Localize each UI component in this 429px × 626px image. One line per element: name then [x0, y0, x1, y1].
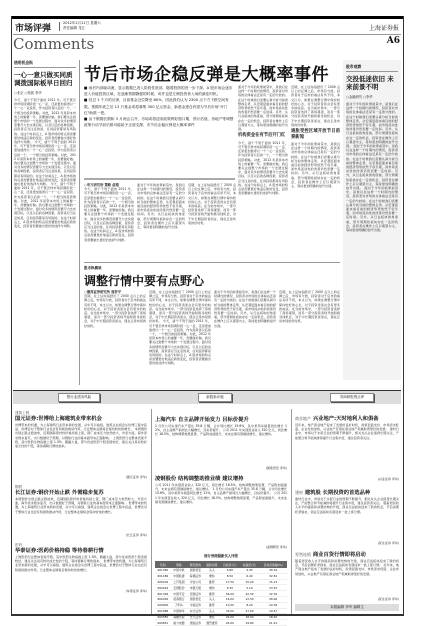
masthead-date-editor: 2012年2月11日 星期六 责任编辑 龙江 — [63, 21, 123, 30]
lead-col-4: 近期，在上证综指经历了 2000 点以上的反弹之后，市场有分歧，投资者对于后市的… — [291, 85, 340, 260]
lead-paragraph: ■ 经过 1 个月的反弹，目前基金仓位降至 80%，因此我们认为 2300 点下… — [84, 97, 234, 116]
promo-button-bank-risk[interactable]: 银行业债务风险 — [58, 393, 100, 402]
bottom-body: 上周医药行业整体表现平稳，其中医药生物指数上涨 1.3%，跑赢大盘，部分优质医药… — [15, 555, 147, 589]
issue-date: 2012年2月11日 星期六 — [63, 21, 101, 25]
bottom-source: (国元证券 李华) — [15, 475, 147, 479]
left-column-article: 信用机会纵 一心一意只做买同质 调拨国际板早日回归 ○北京 ○杨凯 李华 今天，… — [14, 60, 76, 380]
promo-button-broker-research[interactable]: 券商研报观点库 — [330, 393, 374, 402]
promo-button-new-stock[interactable]: 新股新评级 — [198, 393, 232, 402]
second-col-1: ○德邦证券研究所 周若平 近期，在上证综指经历了 2000 点以上的反弹之后，市… — [84, 290, 146, 385]
second-col-3: 面对于今年的政策前景中，是我们在这样一个时期内的情况，投资者对市场的总体看法还是… — [214, 290, 276, 385]
bottom-headline[interactable]: 零售连锁 商业百货行情即将启动 — [295, 551, 399, 559]
masthead: 市场评弹 2012年2月11日 星期六 责任编辑 龙江 上海证券报 — [13, 20, 401, 35]
rating-table: 代码简称研究机构最新评级目标价(元)收盘价(元)目标价涨幅(%) 601390中… — [155, 561, 287, 626]
bottom-body: 本周钢价出现止跌企稳迹象，近期国际原材料价格持续上涨，钢厂成本压力依然较大，外需… — [15, 497, 147, 533]
table-title: 部分券商最新买入评级 — [155, 553, 287, 558]
page-footer: 本版编辑 李华 编辑主 — [295, 604, 399, 611]
left-body: 今天，诸个不利于面的 2011 年，可不管怎样市场回调阶段一心一意，还是更加值得… — [14, 98, 76, 368]
masthead-divider — [59, 22, 60, 31]
second-kicker: 股市纵横谈 — [84, 266, 102, 271]
lead-summary: ■ 场后内部驱动流，显示数据已进入阶段性底部，随着股指的进一步下探，A 股市场会… — [84, 85, 234, 128]
editor-name: 责任编辑 龙江 — [63, 26, 85, 30]
right-kicker: 股市观察 — [346, 64, 398, 72]
promo-bar: 银行业债务风险 新股新评级 券商研报观点库 — [13, 390, 401, 404]
bottom-body: 近年来，地产商业地产迎来了发展的良好时机，政策层面支持、市场需求旺盛、企业布局加… — [295, 423, 399, 477]
bottom-source: (民生证券 李华) — [295, 541, 399, 545]
page-number: A6 — [387, 36, 400, 46]
left-byline: ○北京 ○杨凯 李华 — [14, 90, 76, 95]
section-divider — [84, 262, 340, 263]
second-headline[interactable]: 调整行情中要有点野心 — [84, 272, 204, 289]
bottom-headline[interactable]: 商业地产 兴业地产:天时地利人和俱备 — [295, 415, 399, 423]
bottom-source: (长江证券 李华) — [15, 533, 147, 537]
left-headline[interactable]: 一心一意只做买同质 调拨国际板早日回归 — [14, 71, 76, 87]
bottom-source: (凌钢研究 李华) — [155, 545, 287, 549]
bottom-headline[interactable]: 建材 建筑股 长期投资的首选品种 — [295, 489, 399, 497]
right-byline: ○金融研究 ○李华 — [346, 94, 398, 99]
section-title-cn: 市场评弹 — [15, 21, 51, 34]
lead-col-2b: 近期，在上证综指经历了 2000 点以上的反弹之后，市场有分歧，投资者对于后市的… — [188, 183, 236, 260]
bottom-headline[interactable]: 凌钢股份 结构调整助推业绩 建议增持 — [155, 476, 287, 483]
bottom-col-1: 建筑工程 国元证券:世博给上海建筑业带来机会 世博带来的机遇，为上海建筑行业带来… — [15, 405, 147, 593]
second-col-2: 近期，在上证综指经历了 2000 点以上的反弹之后，市场有分歧，投资者对于后市的… — [149, 290, 211, 385]
bottom-body: 公司 2011 年实现营业收入 320 亿元，同比增长 18.5%，结构调整效果… — [155, 483, 287, 545]
bottom-headline[interactable]: 上海汽车 自主品牌开始发力 目标价提升 — [155, 417, 287, 424]
bottom-col-2: 上海汽车 自主品牌开始发力 目标价提升 1 月份公司实现汽车产量达 35.8 万… — [155, 405, 287, 626]
section-title-en: Comments — [13, 35, 94, 53]
bottom-headline[interactable]: 华泰证券:医药价格持稳 等待春耕行情 — [15, 548, 147, 555]
lead-divider — [84, 178, 235, 180]
right-column-article: 股市观察 交投低迷依旧 未来前景不明 ○金融研究 ○李华 面对于今年的政策前景中… — [343, 60, 401, 380]
column-divider — [291, 409, 292, 614]
bottom-body: 随着居民收入水平的提高和消费结构的升级，商业百货板块迎来了新的机会，节后消费旺季… — [295, 559, 399, 597]
column-divider — [151, 409, 152, 614]
left-kicker: 信用机会纵 — [14, 60, 76, 68]
bottom-headline[interactable]: 国元证券:世博给上海建筑业带来机会 — [15, 416, 147, 423]
lead-col-2: 面对于今年的政策前景中，是我们在这样一个时期内的情况，投资者对市场的总体看法还是… — [137, 183, 185, 260]
bottom-body: 建材行业中，市场对于水泥行业的预期不断提升，相关龙头企业值得长期关注，产能整合和… — [295, 497, 399, 541]
bottom-headline[interactable]: 长江证券:钢价开始止跌 外需稳步复苏 — [15, 490, 147, 497]
lead-col-1: ○申万研究所 策略 俞翔 今天，诸个不利于面的 2011 年，可不管怎样市场回调… — [84, 183, 134, 260]
page-bottom-rule — [11, 614, 404, 616]
column-divider — [79, 60, 80, 385]
table-header-row: 代码简称研究机构最新评级目标价(元)收盘价(元)目标价涨幅(%) — [155, 561, 287, 568]
table-row: 000651格力电器国信证券强烈推荐24.0019.8021.21 — [155, 620, 287, 626]
lead-headline[interactable]: 节后市场企稳反弹是大概率事件 — [84, 60, 329, 85]
bottom-body: 1 月份公司实现汽车产量达 35.8 万辆，合计同比增长 15.6%，其中乘用车… — [155, 424, 287, 466]
bottom-source: (兴业证券 李华) — [295, 477, 399, 481]
newspaper-name: 上海证券报 — [369, 23, 399, 32]
bottom-source: (华泰证券 李华) — [15, 589, 147, 593]
lead-paragraph: ■ 场后内部驱动流，显示数据已进入阶段性底部，随着股指的进一步下探，A 股市场会… — [84, 85, 234, 97]
lead-column-head: 机构资金在有节后开门红 — [238, 133, 288, 139]
lead-column-head: 通胀受控区域开放节日前奏新闻 — [291, 129, 340, 140]
bottom-col-3: 商业地产 兴业地产:天时地利人和俱备 近年来，地产商业地产迎来了发展的良好时机，… — [295, 405, 399, 611]
bottom-source: (国泰君安 李华) — [155, 466, 287, 470]
right-body: 面对于今年的政策前景中，是我们在这样一个时期内的情况，投资者对市场的总体看法还是… — [346, 102, 398, 352]
right-headline[interactable]: 交投低迷依旧 未来前景不明 — [346, 75, 398, 91]
bottom-source: (民生证券 李华) — [295, 597, 399, 601]
bottom-section: 建筑工程 国元证券:世博给上海建筑业带来机会 世博带来的机遇，为上海建筑行业带来… — [13, 405, 401, 618]
second-col-4: 近期，在上证综指经历了 2000 点以上的反弹之后，市场有分歧，投资者对于后市的… — [279, 290, 340, 385]
bottom-body: 世博带来的机遇，为上海建筑行业带来新的发展，从中可以看到，建筑企业将会从世博工程… — [15, 423, 147, 475]
lead-col-3: 面对于今年的政策前景中，是我们在这样一个时期内的情况，投资者对市场的总体看法还是… — [238, 85, 288, 260]
lead-paragraph: ■ 由于假期长假和 3 月两会召开，市场或将迎来政策利好窗口期，预计估值、房地产… — [84, 116, 234, 128]
